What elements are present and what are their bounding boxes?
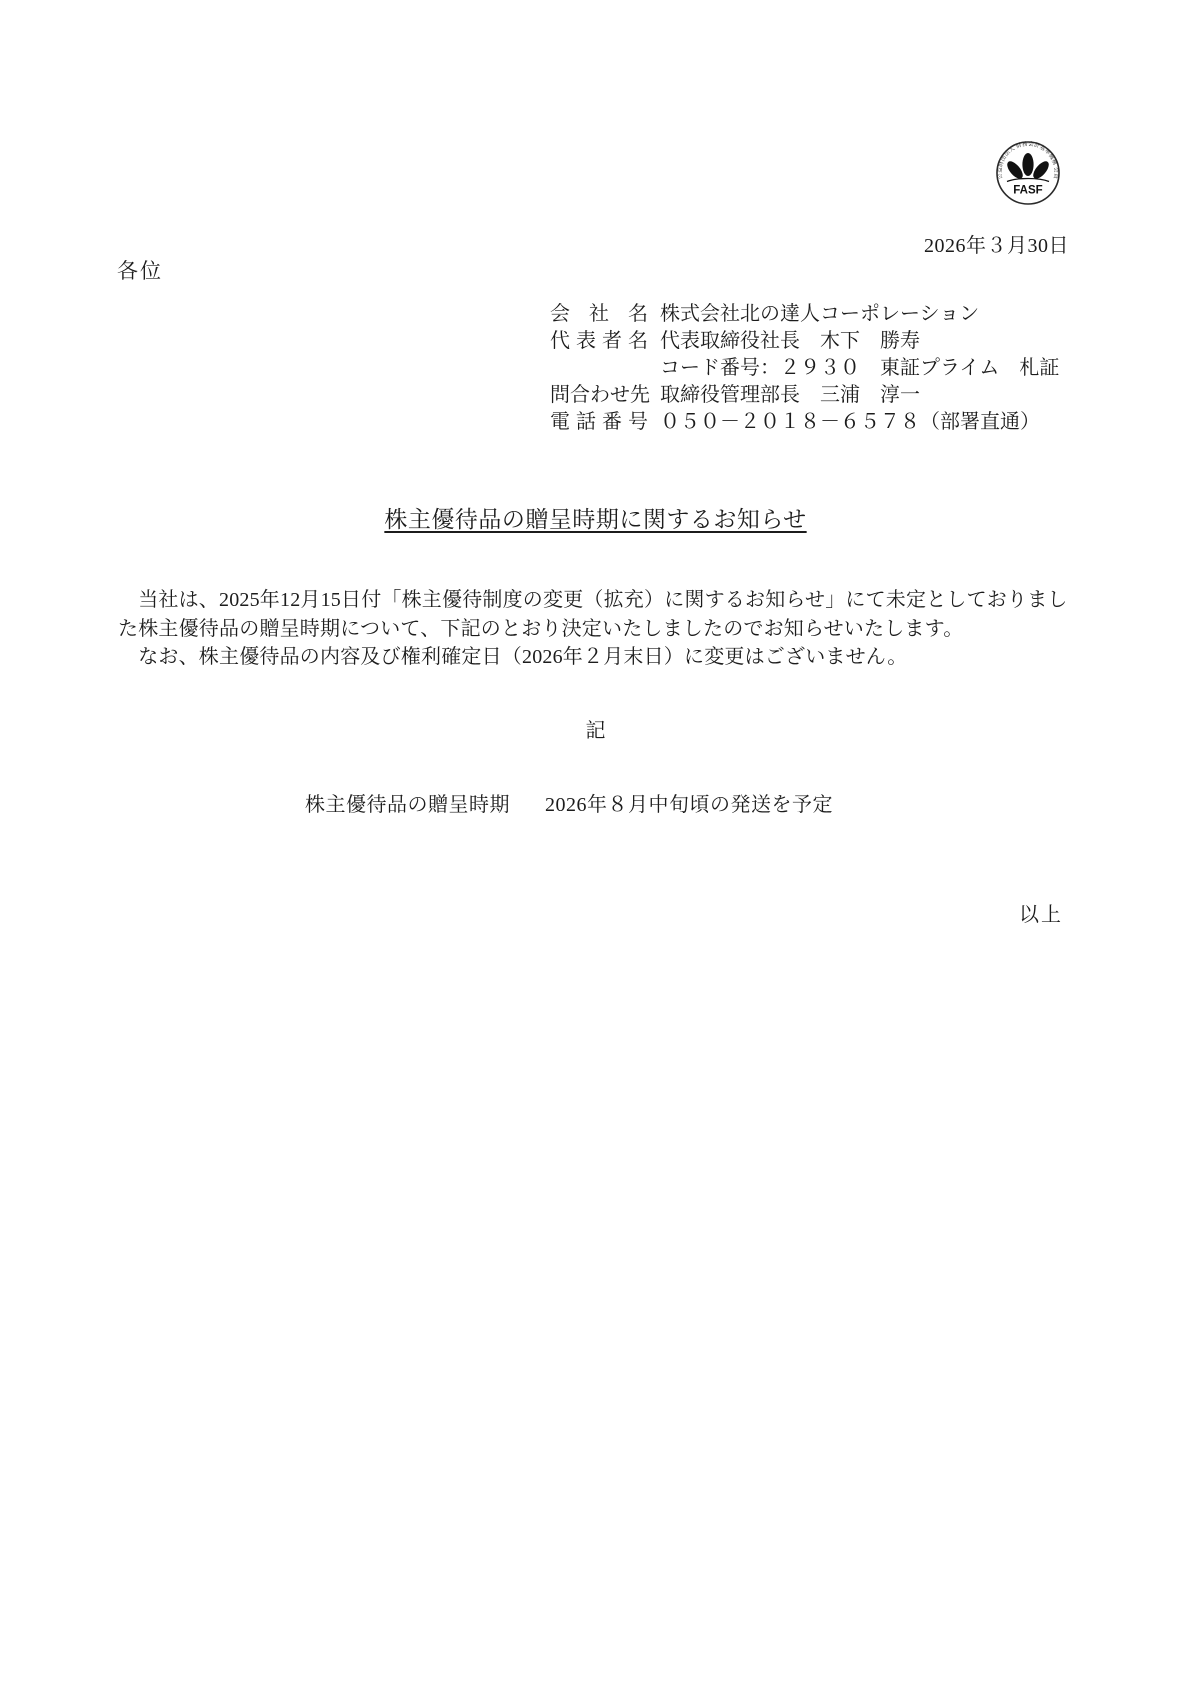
- fasf-logo-icon: 公益財団法人 財務会計基準機構 会員 FASF: [995, 140, 1061, 206]
- representative-value: 代表取締役社長 木下 勝寿: [660, 328, 920, 355]
- stock-code-row: コード番号：２９３０ 東証プライム 札証: [550, 355, 1059, 382]
- phone-row: 電話番号０５０－２０１８－６５７８（部署直通）: [550, 409, 1059, 436]
- body-line-2: た株主優待品の贈呈時期について、下記のとおり決定いたしましたのでお知らせいたしま…: [118, 615, 1083, 644]
- salutation: 各位: [117, 255, 163, 285]
- record-item-value: 2026年８月中旬頃の発送を予定: [545, 788, 833, 817]
- representative-label: 代表者名: [550, 328, 648, 355]
- company-name-row: 会社名株式会社北の達人コーポレーション: [550, 301, 1059, 328]
- stock-code-value: コード番号：２９３０ 東証プライム 札証: [660, 355, 1059, 382]
- company-name-label: 会社名: [550, 301, 648, 328]
- document-page: 公益財団法人 財務会計基準機構 会員 FASF 2026年３月30日 各位 会社…: [0, 0, 1191, 1684]
- record-item-label: 株主優待品の贈呈時期: [305, 788, 510, 817]
- leaf-center-icon: [1022, 153, 1033, 176]
- document-title-text: 株主優待品の贈呈時期に関するお知らせ: [384, 507, 806, 532]
- representative-row: 代表者名代表取締役社長 木下 勝寿: [550, 328, 1059, 355]
- phone-label: 電話番号: [550, 409, 648, 436]
- contact-row: 問合わせ先取締役管理部長 三浦 淳一: [550, 382, 1059, 409]
- document-title: 株主優待品の贈呈時期に関するお知らせ: [0, 501, 1191, 534]
- fasf-wordmark: FASF: [1013, 185, 1042, 197]
- contact-label: 問合わせ先: [550, 382, 648, 409]
- company-info-block: 会社名株式会社北の達人コーポレーション 代表者名代表取締役社長 木下 勝寿 コー…: [550, 301, 1059, 436]
- fasf-logo: 公益財団法人 財務会計基準機構 会員 FASF: [995, 140, 1061, 206]
- body-line-3: なお、株主優待品の内容及び権利確定日（2026年２月末日）に変更はございません。: [118, 643, 1083, 672]
- phone-value: ０５０－２０１８－６５７８（部署直通）: [660, 409, 1040, 436]
- closing-mark: 以上: [1019, 898, 1063, 927]
- document-date: 2026年３月30日: [924, 229, 1069, 258]
- company-name-value: 株式会社北の達人コーポレーション: [660, 301, 979, 328]
- record-marker: 記: [0, 714, 1191, 743]
- body-line-1: 当社は、2025年12月15日付「株主優待制度の変更（拡充）に関するお知らせ」に…: [118, 586, 1083, 615]
- contact-value: 取締役管理部長 三浦 淳一: [660, 382, 920, 409]
- body-paragraph: 当社は、2025年12月15日付「株主優待制度の変更（拡充）に関するお知らせ」に…: [118, 586, 1083, 672]
